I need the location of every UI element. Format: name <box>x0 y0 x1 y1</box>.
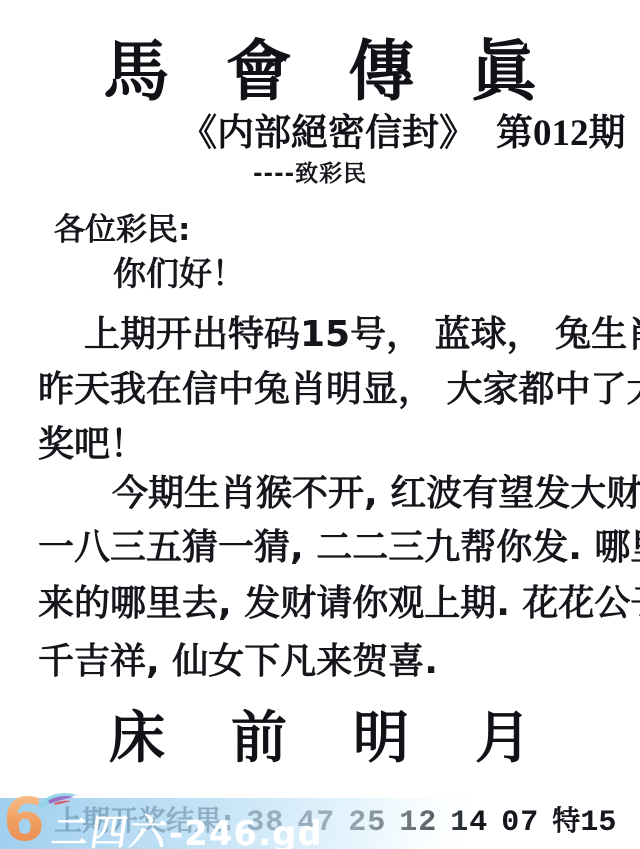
body-line: 来的哪里去, 发财请你观上期. 花花公子 <box>38 575 640 626</box>
body-line: 一八三五猜一猜, 二二三九帮你发. 哪里 <box>38 519 640 570</box>
clue-phrase: 床 前 明 月 <box>0 694 640 774</box>
fax-letter-page: 馬 會 傳 眞 《内部絕密信封》第012期 ----致彩民 各位彩民: 你们好！… <box>0 0 640 849</box>
body-line: 今期生肖猴不开, 红波有望发大财. <box>112 465 640 516</box>
special-number-value: 15 <box>580 806 616 840</box>
watermark-site-cn: 二四六 <box>48 802 173 849</box>
issue-number: 第012期 <box>496 113 626 154</box>
special-number: 特15 <box>552 804 616 837</box>
special-prefix: 特 <box>552 804 580 837</box>
watermark-band: 6 二四六-246.gd <box>0 798 472 849</box>
greeting: 你们好！ <box>113 248 245 295</box>
subtitle-envelope-label: 《内部絕密信封》 <box>180 113 476 154</box>
subtitle: 《内部絕密信封》第012期 <box>180 102 626 156</box>
watermark-site-suffix: -246.gd <box>169 814 323 849</box>
body-line: 千吉祥, 仙女下凡来贺喜. <box>38 633 438 684</box>
body-line: 奖吧！ <box>38 416 146 467</box>
page-title: 馬 會 傳 眞 <box>0 18 640 113</box>
body-line: 上期开出特码15号， 蓝球， 兔生肖。 <box>84 306 640 357</box>
result-number: 07 <box>501 806 539 840</box>
body-line: 昨天我在信中兔肖明显， 大家都中了大 <box>38 361 640 412</box>
watermark-site-name: 二四六-246.gd <box>52 802 323 849</box>
salutation: 各位彩民: <box>54 204 190 249</box>
dedication-line: ----致彩民 <box>253 155 367 188</box>
